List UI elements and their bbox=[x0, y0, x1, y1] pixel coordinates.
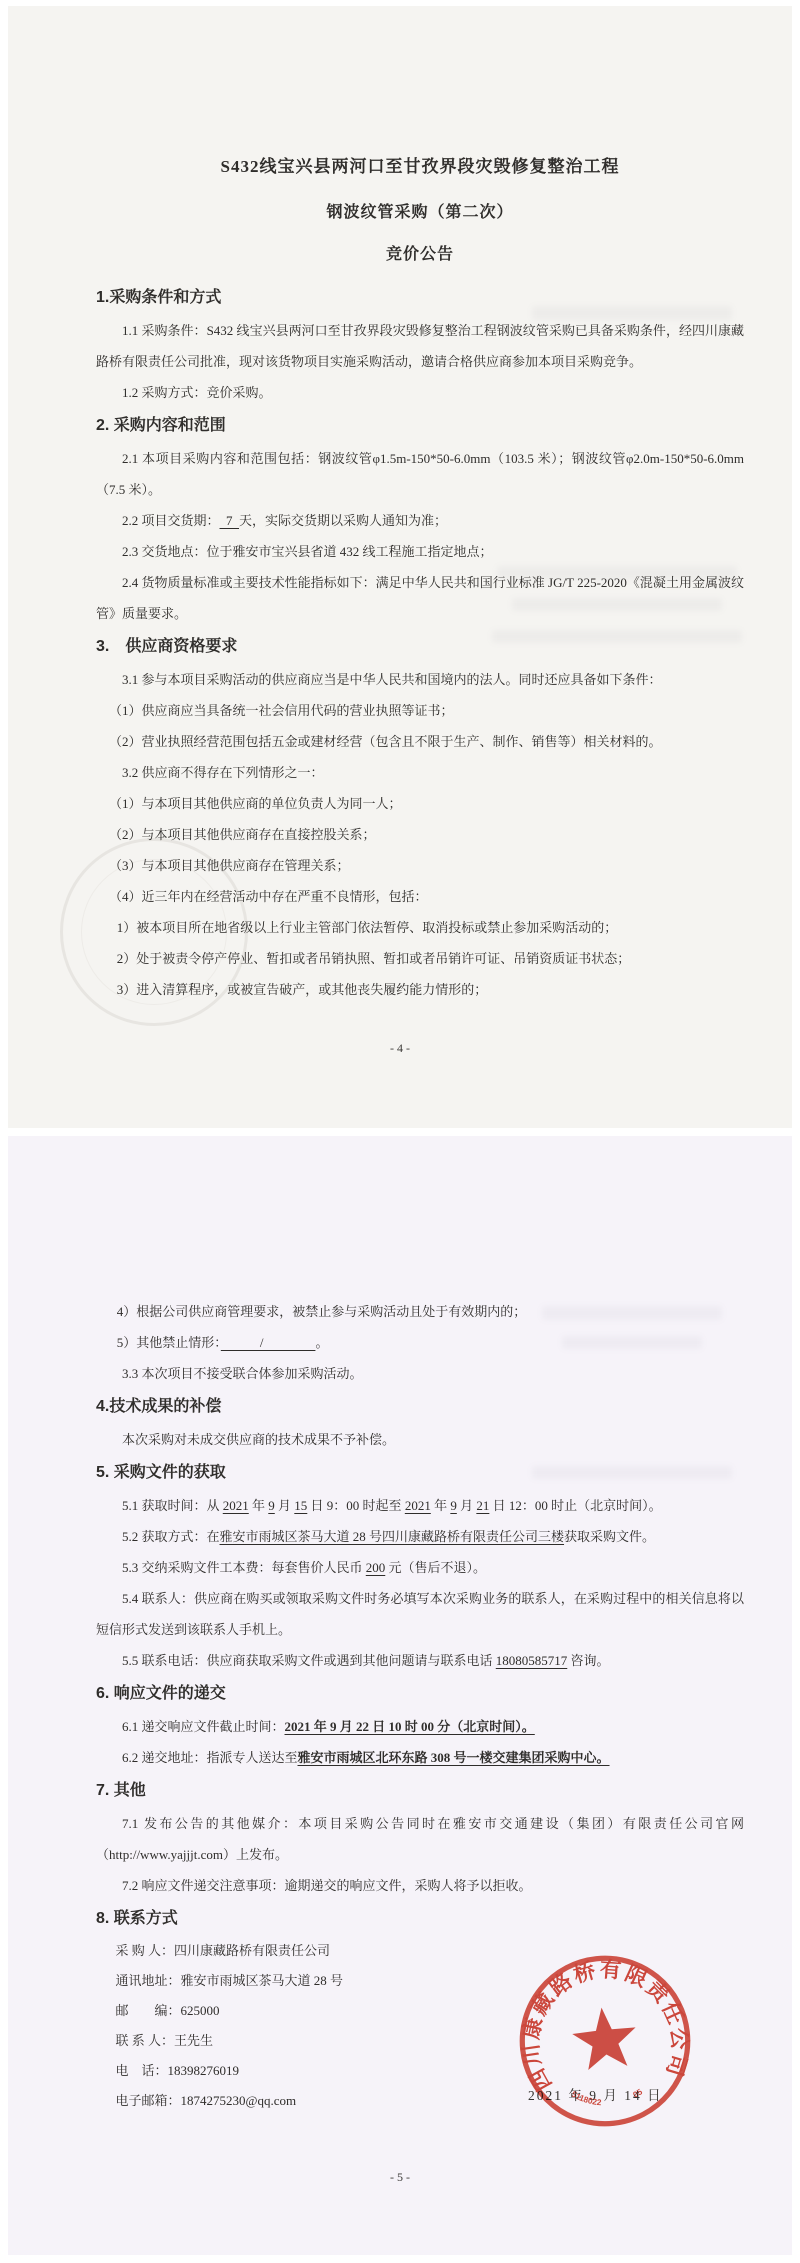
page-number-5: - 5 - bbox=[8, 2170, 792, 2185]
star-icon bbox=[570, 2004, 640, 2071]
clause-5-2: 5.2 获取方式：在雅安市雨城区茶马大道 28 号四川康藏路桥有限责任公司三楼获… bbox=[96, 1521, 744, 1552]
clause-3-2-item-3: （3）与本项目其他供应商存在管理关系； bbox=[96, 850, 744, 881]
clause-3-2-item-1: （1）与本项目其他供应商的单位负责人为同一人； bbox=[96, 788, 744, 819]
clause-3-2-item-4: （4）近三年内在经营活动中存在严重不良情形，包括： bbox=[96, 881, 744, 912]
contact-person-label: 联 系 人： bbox=[116, 2033, 175, 2048]
section-1-heading: 1.采购条件和方式 bbox=[96, 282, 744, 313]
section-5-heading: 5. 采购文件的获取 bbox=[96, 1457, 744, 1488]
section-6-heading: 6. 响应文件的递交 bbox=[96, 1678, 744, 1709]
contact-phone-value: 18398276019 bbox=[168, 2063, 240, 2078]
clause-4-1: 本次采购对未成交供应商的技术成果不予补偿。 bbox=[96, 1424, 744, 1455]
clause-3-2-item-2: （2）与本项目其他供应商存在直接控股关系； bbox=[96, 819, 744, 850]
contact-postcode-value: 625000 bbox=[181, 2003, 220, 2018]
contact-email-value: 1874275230@qq.com bbox=[181, 2093, 297, 2108]
clause-5-1: 5.1 获取时间：从 2021 年 9 月 15 日 9：00 时起至 2021… bbox=[96, 1490, 744, 1521]
clause-1-2: 1.2 采购方式：竞价采购。 bbox=[96, 377, 744, 408]
clause-5-4: 5.4 联系人：供应商在购买或领取采购文件时务必填写本次采购业务的联系人，在采购… bbox=[96, 1583, 744, 1645]
document-title-line3: 竞价公告 bbox=[96, 242, 744, 268]
seal-serial-left: 5118022 bbox=[569, 2086, 603, 2111]
clause-7-1: 7.1 发布公告的其他媒介：本项目采购公告同时在雅安市交通建设（集团）有限责任公… bbox=[96, 1808, 744, 1870]
clause-3-1-item-1: （1）供应商应当具备统一社会信用代码的营业执照等证书； bbox=[96, 695, 744, 726]
document-title-line2: 钢波纹管采购（第二次） bbox=[96, 200, 744, 226]
clause-6-1: 6.1 递交响应文件截止时间：2021 年 9 月 22 日 10 时 00 分… bbox=[96, 1711, 744, 1742]
clause-7-2: 7.2 响应文件递交注意事项：逾期递交的响应文件，采购人将予以拒收。 bbox=[96, 1870, 744, 1901]
clause-2-1: 2.1 本项目采购内容和范围包括：钢波纹管φ1.5m-150*50-6.0mm（… bbox=[96, 443, 744, 505]
contact-postcode-label: 邮 编： bbox=[116, 2003, 181, 2018]
clause-1-1: 1.1 采购条件：S432 线宝兴县两河口至甘孜界段灾毁修复整治工程钢波纹管采购… bbox=[96, 315, 744, 377]
contact-email-label: 电子邮箱： bbox=[116, 2093, 181, 2108]
clause-6-2: 6.2 递交地址：指派专人送达至雅安市雨城区北环东路 308 号一楼交建集团采购… bbox=[96, 1742, 744, 1773]
clause-3-2-4-sub-1: 1）被本项目所在地省级以上行业主管部门依法暂停、取消投标或禁止参加采购活动的； bbox=[96, 912, 744, 943]
contact-address-label: 通讯地址： bbox=[116, 1973, 181, 1988]
page-gap bbox=[0, 1128, 800, 1136]
contact-purchaser-value: 四川康藏路桥有限责任公司 bbox=[174, 1943, 330, 1958]
section-4-heading: 4.技术成果的补偿 bbox=[96, 1391, 744, 1422]
section-3-heading: 3. 供应商资格要求 bbox=[96, 631, 744, 662]
clause-2-2: 2.2 项目交货期： 7 天，实际交货期以采购人通知为准； bbox=[96, 505, 744, 536]
clause-3-2-4-sub-3: 3）进入清算程序，或被宣告破产，或其他丧失履约能力情形的； bbox=[96, 974, 744, 1005]
page-number-4: - 4 - bbox=[8, 1041, 792, 1056]
seal-serial-right: 05 bbox=[631, 2086, 645, 2100]
clause-3-1: 3.1 参与本项目采购活动的供应商应当是中华人民共和国境内的法人。同时还应具备如… bbox=[96, 664, 744, 695]
contact-phone-label: 电 话： bbox=[116, 2063, 168, 2078]
clause-5-3: 5.3 交纳采购文件工本费：每套售价人民币 200 元（售后不退）。 bbox=[96, 1552, 744, 1583]
clause-5-5: 5.5 联系电话：供应商获取采购文件或遇到其他问题请与联系电话 18080585… bbox=[96, 1645, 744, 1676]
document-page-4: S432线宝兴县两河口至甘孜界段灾毁修复整治工程 钢波纹管采购（第二次） 竞价公… bbox=[8, 6, 792, 1128]
clause-3-2-4-sub-2: 2）处于被责令停产停业、暂扣或者吊销执照、暂扣或者吊销许可证、吊销资质证书状态； bbox=[96, 943, 744, 974]
clause-3-2-4-sub-4: 4）根据公司供应商管理要求，被禁止参与采购活动且处于有效期内的； bbox=[96, 1296, 744, 1327]
company-seal: 四川康藏路桥有限责任公司 5118022 05 bbox=[507, 1943, 703, 2139]
contact-purchaser-label: 采 购 人： bbox=[116, 1943, 175, 1958]
clause-2-3: 2.3 交货地点：位于雅安市宝兴县省道 432 线工程施工指定地点； bbox=[96, 536, 744, 567]
document-page-5: 4）根据公司供应商管理要求，被禁止参与采购活动且处于有效期内的； 5）其他禁止情… bbox=[8, 1136, 792, 2255]
document-title-line1: S432线宝兴县两河口至甘孜界段灾毁修复整治工程 bbox=[96, 154, 744, 180]
clause-3-2-4-sub-5: 5）其他禁止情形： / 。 bbox=[96, 1327, 744, 1358]
page-4-content: S432线宝兴县两河口至甘孜界段灾毁修复整治工程 钢波纹管采购（第二次） 竞价公… bbox=[8, 6, 792, 1005]
clause-3-1-item-2: （2）营业执照经营范围包括五金或建材经营（包含且不限于生产、制作、销售等）相关材… bbox=[96, 726, 744, 757]
contact-address-value: 雅安市雨城区茶马大道 28 号 bbox=[181, 1973, 344, 1988]
section-7-heading: 7. 其他 bbox=[96, 1775, 744, 1806]
clause-3-2: 3.2 供应商不得存在下列情形之一： bbox=[96, 757, 744, 788]
section-8-heading: 8. 联系方式 bbox=[96, 1903, 744, 1934]
section-2-heading: 2. 采购内容和范围 bbox=[96, 410, 744, 441]
clause-3-3: 3.3 本次项目不接受联合体参加采购活动。 bbox=[96, 1358, 744, 1389]
contact-person-value: 王先生 bbox=[174, 2033, 213, 2048]
clause-2-4: 2.4 货物质量标准或主要技术性能指标如下：满足中华人民共和国行业标准 JG/T… bbox=[96, 567, 744, 629]
